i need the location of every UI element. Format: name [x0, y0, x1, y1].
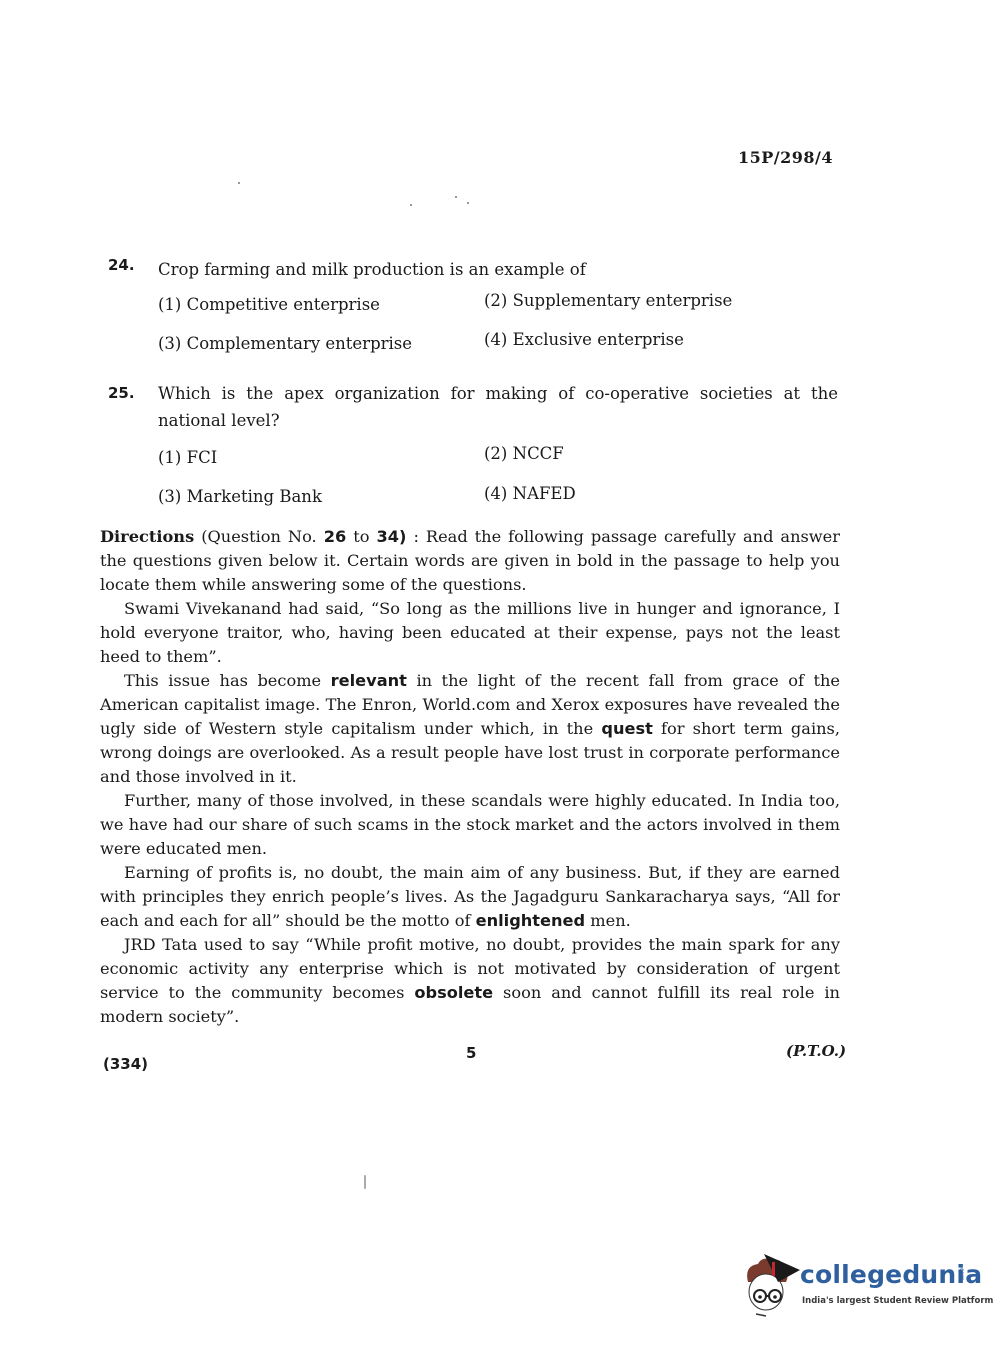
directions-label: Directions	[100, 527, 194, 546]
option-3: (3) Complementary enterprise	[158, 334, 412, 353]
brand-name: collegedunia	[800, 1260, 982, 1289]
brand-tagline: India's largest Student Review Platform	[802, 1296, 993, 1306]
passage-paragraph-5: JRD Tata used to say “While profit motiv…	[100, 933, 840, 1029]
passage-paragraph-3: Further, many of those involved, in thes…	[100, 789, 840, 861]
brand-domain: .com	[958, 1266, 965, 1281]
collegedunia-watermark: collegedunia .com India's largest Studen…	[742, 1252, 972, 1322]
passage-paragraph-4: Earning of profits is, no doubt, the mai…	[100, 861, 840, 933]
mascot-icon	[742, 1252, 802, 1322]
paper-code: 15P/298/4	[738, 148, 833, 167]
question-text: Which is the apex organization for makin…	[158, 380, 838, 434]
question-number: 25.	[108, 384, 135, 402]
footer-code: (334)	[103, 1055, 148, 1073]
bold-word: relevant	[331, 671, 407, 690]
question-24: 24. Crop farming and milk production is …	[108, 256, 838, 283]
scan-speck	[410, 204, 412, 206]
option-2: (2) NCCF	[484, 444, 564, 463]
scan-speck	[238, 182, 240, 184]
reading-passage: Directions (Question No. 26 to 34) : Rea…	[100, 525, 840, 1029]
question-25: 25. Which is the apex organization for m…	[108, 380, 838, 434]
bold-word: enlightened	[476, 911, 586, 930]
option-4: (4) Exclusive enterprise	[484, 330, 684, 349]
bold-word: obsolete	[414, 983, 493, 1002]
option-4: (4) NAFED	[484, 484, 576, 503]
option-2: (2) Supplementary enterprise	[484, 291, 732, 310]
option-3: (3) Marketing Bank	[158, 487, 322, 506]
page-number: 5	[466, 1044, 476, 1062]
scan-speck	[455, 196, 457, 198]
passage-paragraph-1: Swami Vivekanand had said, “So long as t…	[100, 597, 840, 669]
bold-word: quest	[601, 719, 652, 738]
scan-speck	[467, 202, 469, 204]
scan-mark	[364, 1175, 366, 1189]
question-text: Crop farming and milk production is an e…	[158, 256, 838, 283]
passage-paragraph-2: This issue has become relevant in the li…	[100, 669, 840, 789]
option-1: (1) Competitive enterprise	[158, 295, 380, 314]
question-number: 24.	[108, 256, 135, 274]
option-1: (1) FCI	[158, 448, 217, 467]
please-turn-over: (P.T.O.)	[786, 1042, 846, 1060]
directions: Directions (Question No. 26 to 34) : Rea…	[100, 525, 840, 597]
